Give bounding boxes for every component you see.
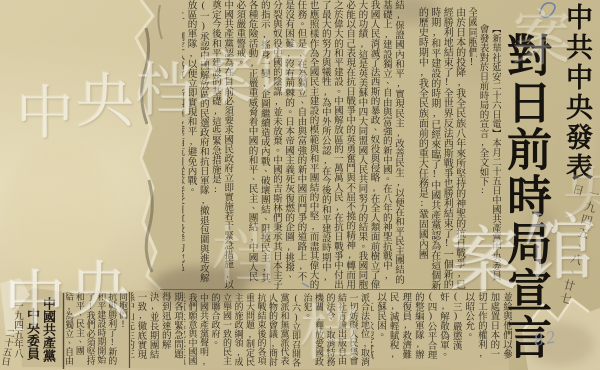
signature-party-name: 中國共產黨 — [42, 297, 58, 369]
demands-right: 並給與他們以參加處置日本的一切工作的權利,以昭公允。 (三)嚴懲漢奸,解散偽軍。… — [371, 292, 512, 367]
signature-committee: 中央委員會 — [26, 308, 42, 370]
blue-page-number: 82 — [532, 326, 559, 351]
body-opening: 全國同胞們! 由於日本的投降,我全民族八年來所堅持的神聖的抗日戰爭,已經勝利地結… — [403, 7, 477, 290]
body-main: 結,保證國內和平,實現民主,改善民生,以便在和平民主團結的基礎上,建設獨立、自由… — [182, 0, 404, 290]
headline-kicker: 中共中央發表 — [555, 3, 599, 191]
closing-paragraph: 同胞們! 抗戰勝利了!新的和平建設時期開始了!我們必須堅持和平、民主、團結,為獨… — [66, 292, 128, 369]
news-lede: 【新華社延安二十六日電】本月二十五日中國共產黨中央委員會發表對於日前時局的宣言,… — [475, 24, 501, 288]
demands-middle: 派合法地位,取消一切妨礙人民集會結社言論出版自由的法令,取消特務機關,釋放愛國政… — [184, 293, 370, 367]
archive-scan-page: 中共中央發表 對日前時局宣言 【新華社延安二十六日電】本月二十五日中國共產黨中央… — [0, 0, 600, 370]
demands-left: 期各項緊急問題得到迅速的解決,並長期團結一致,徹底實現孫中山先生的三民主義。 — [131, 292, 183, 367]
